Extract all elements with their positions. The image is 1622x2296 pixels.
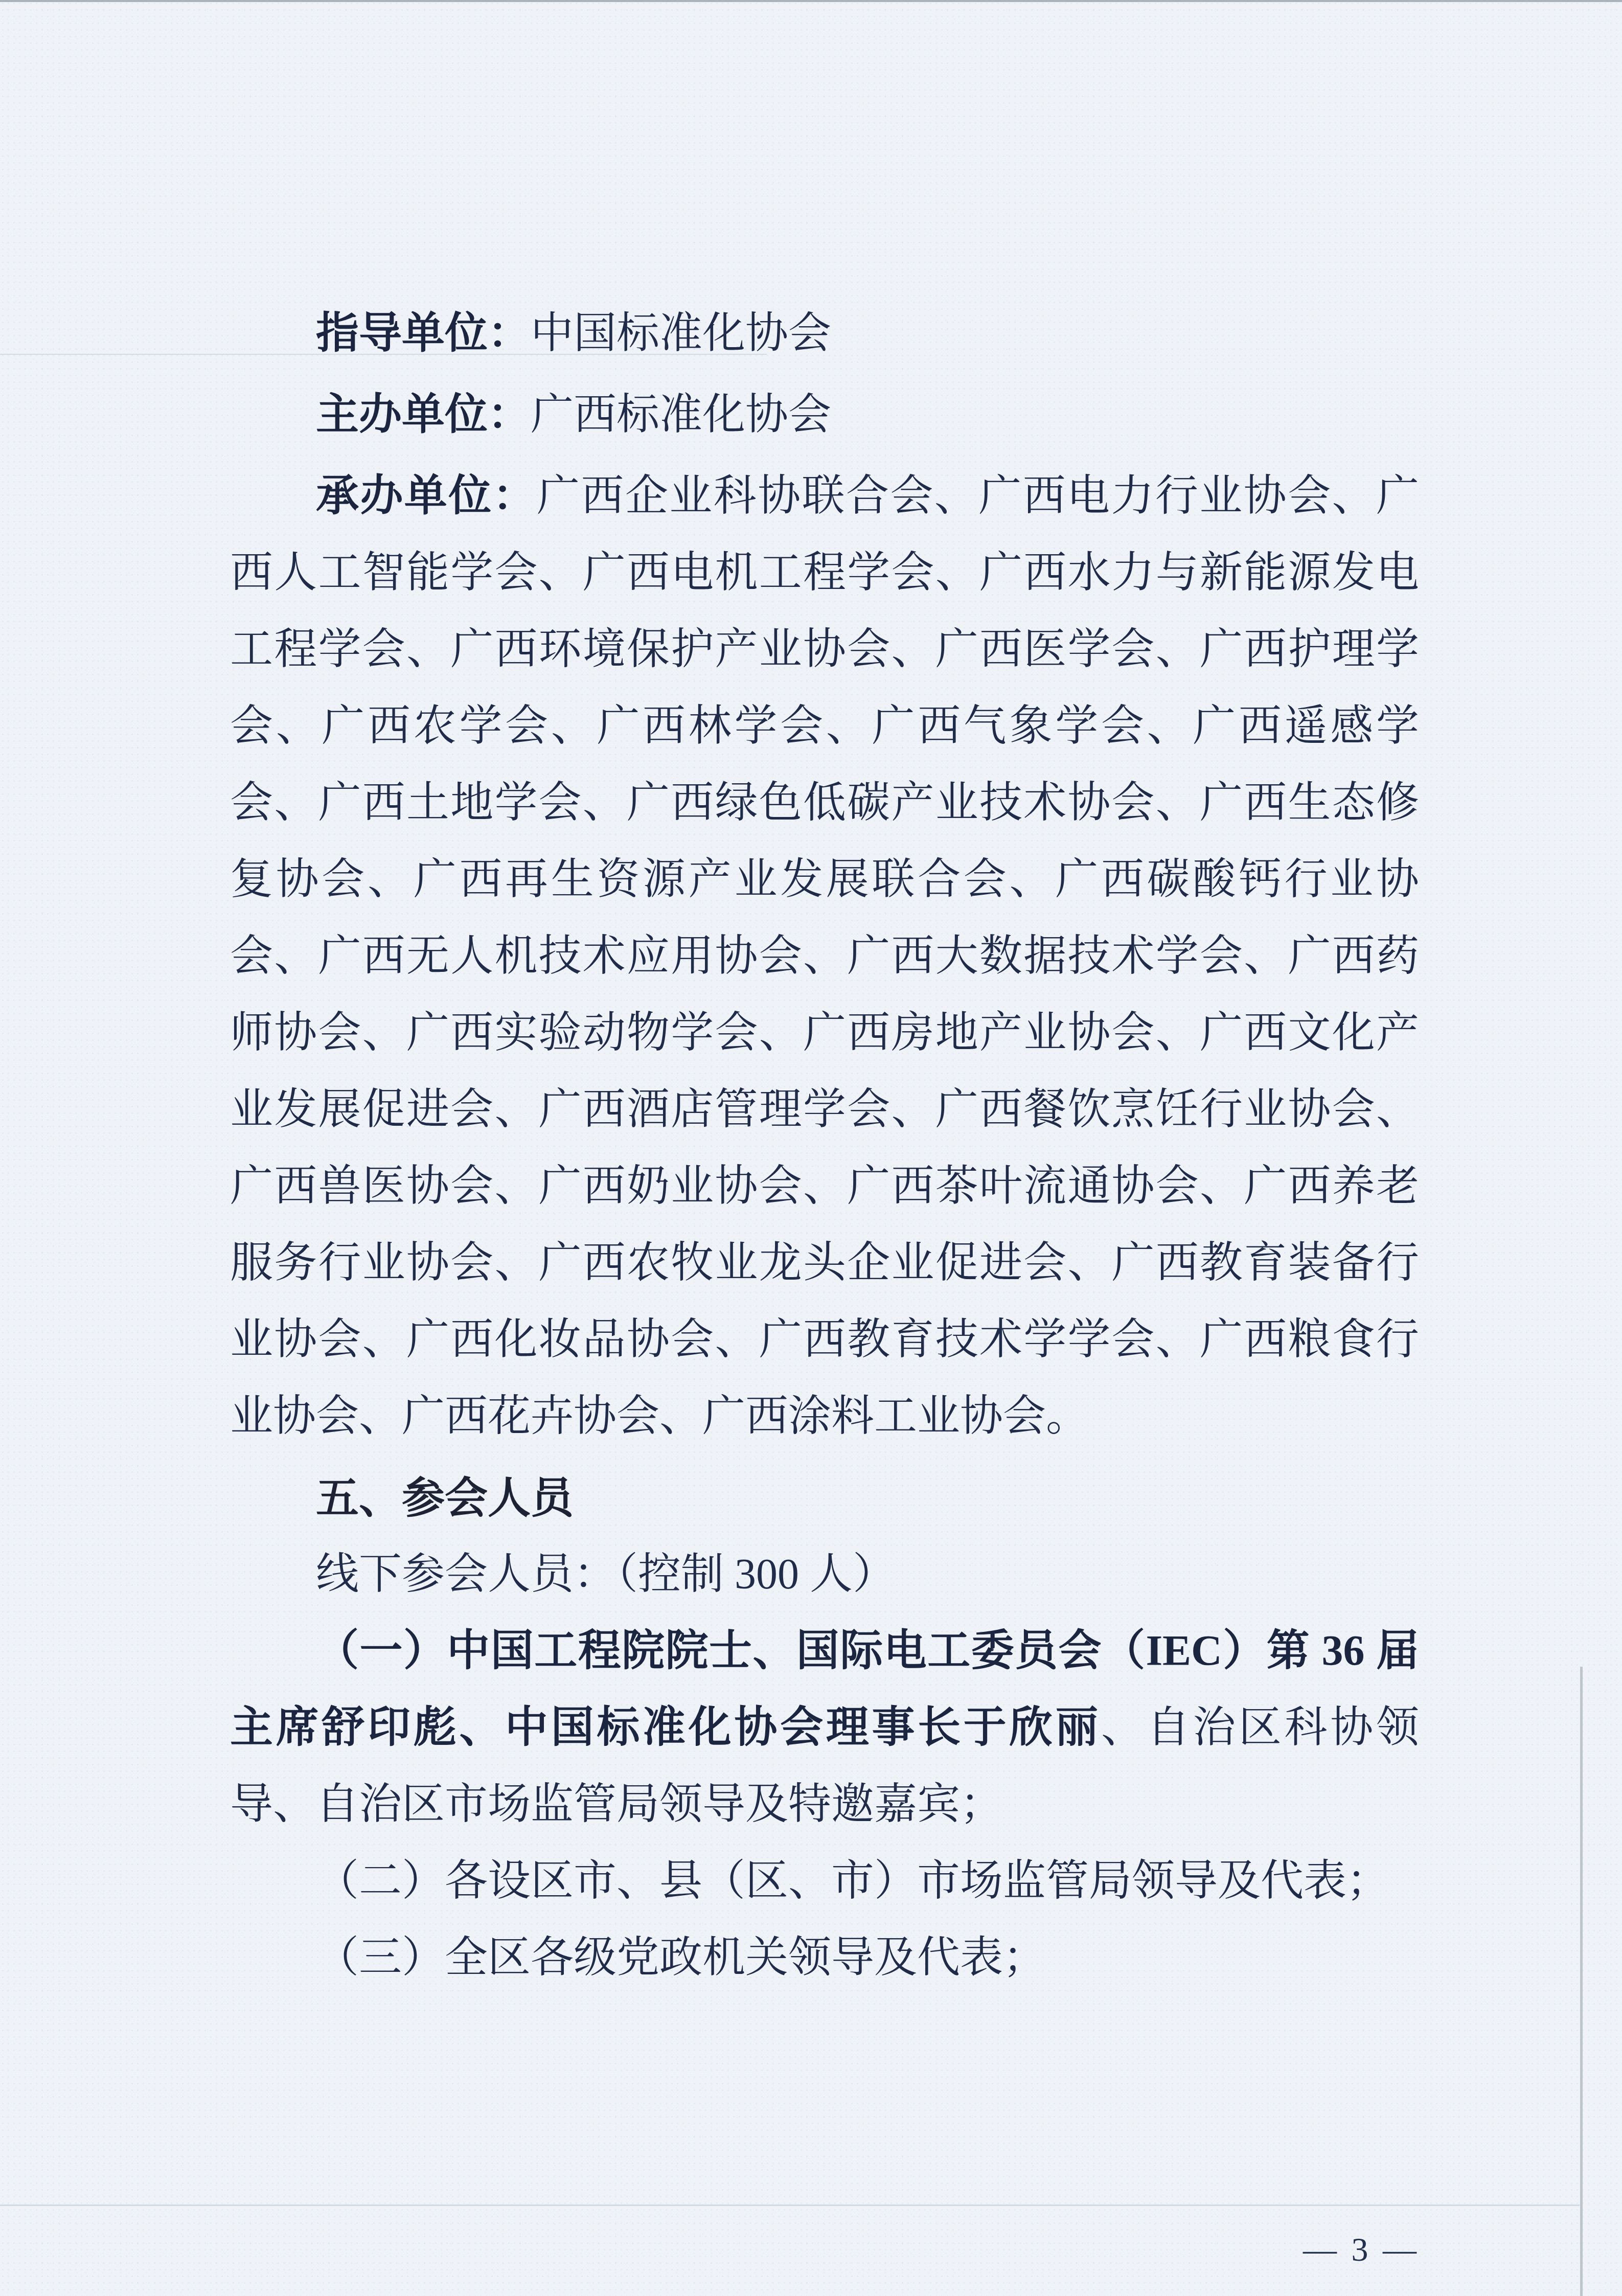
scan-artifact-page-edge xyxy=(1580,1667,1583,2296)
offline-participants-note: 线下参会人员：（控制 300 人） xyxy=(230,1536,1419,1613)
page-number: — 3 — xyxy=(1303,2227,1420,2273)
host-unit-label: 主办单位： xyxy=(316,391,531,439)
guiding-unit-value: 中国标准化协会 xyxy=(531,310,831,357)
participant-item-2: （二）各设区市、县（区、市）市场监管局领导及代表； xyxy=(230,1843,1419,1920)
guiding-unit-label: 指导单位： xyxy=(316,310,531,357)
document-page: 指导单位：中国标准化协会 主办单位：广西标准化协会 承办单位：广西企业科协联合会… xyxy=(0,0,1622,2296)
document-body: 指导单位：中国标准化协会 主办单位：广西标准化协会 承办单位：广西企业科协联合会… xyxy=(230,295,1419,1996)
undertaking-unit-paragraph: 承办单位：广西企业科协联合会、广西电力行业协会、广西人工智能学会、广西电机工程学… xyxy=(230,458,1419,1455)
section-heading: 五、参会人员 xyxy=(230,1460,1419,1536)
scan-artifact-top-edge xyxy=(0,0,1622,2)
participant-item-2-text: （二）各设区市、县（区、市）市场监管局领导及代表； xyxy=(316,1857,1389,1905)
host-unit-line: 主办单位：广西标准化协会 xyxy=(230,377,1419,453)
host-unit-value: 广西标准化协会 xyxy=(531,391,831,439)
undertaking-unit-label: 承办单位： xyxy=(316,472,537,520)
participant-item-1: （一）中国工程院院士、国际电工委员会（IEC）第 36 届主席舒印彪、中国标准化… xyxy=(230,1613,1419,1843)
participant-item-3: （三）全区各级党政机关领导及代表； xyxy=(230,1920,1419,1996)
guiding-unit-line: 指导单位：中国标准化协会 xyxy=(230,295,1419,372)
scan-artifact-line xyxy=(0,2204,1580,2206)
undertaking-unit-value: 广西企业科协联合会、广西电力行业协会、广西人工智能学会、广西电机工程学会、广西水… xyxy=(230,472,1419,1440)
participant-item-3-text: （三）全区各级党政机关领导及代表； xyxy=(316,1934,1046,1982)
